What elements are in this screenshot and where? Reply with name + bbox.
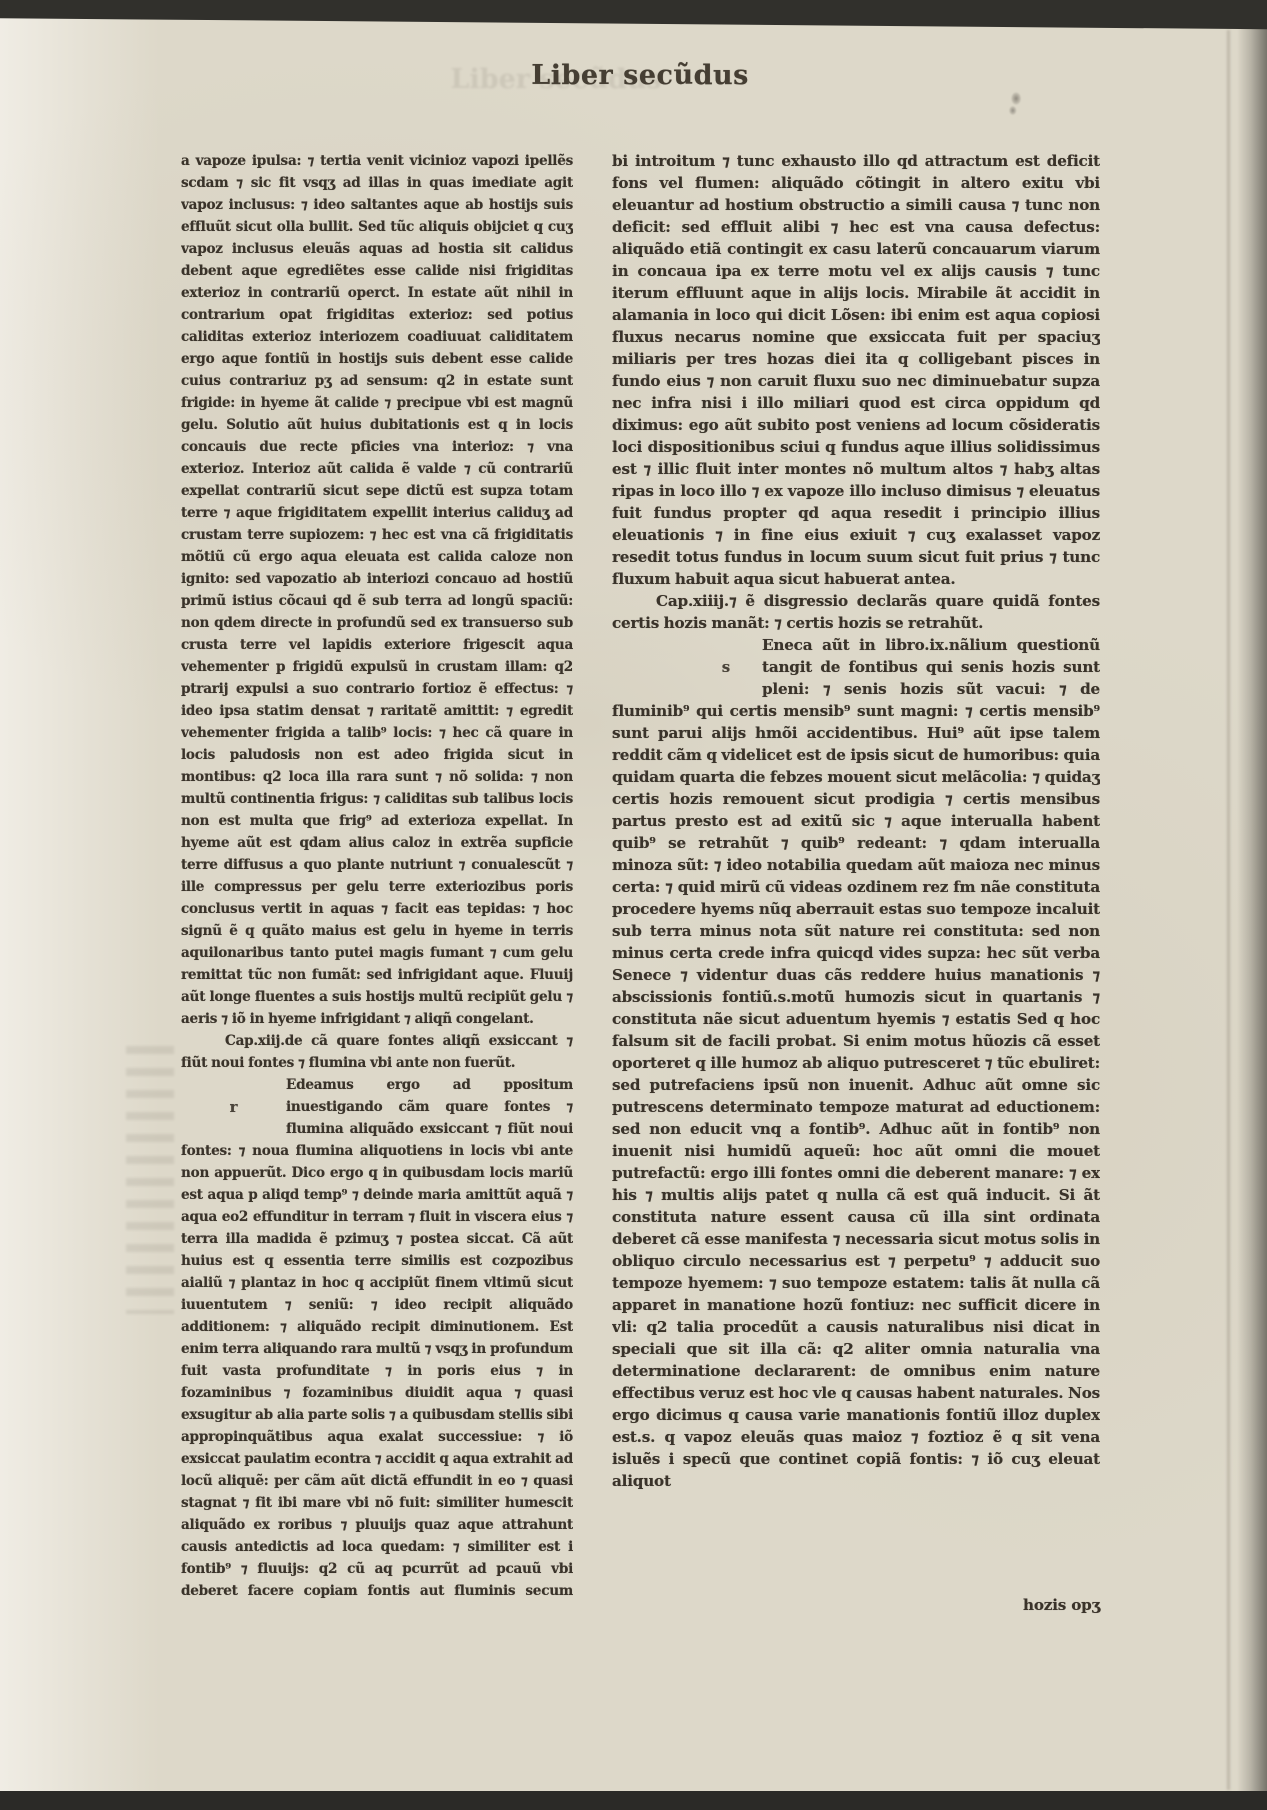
paragraph-initial: sEneca aũt in libro.ix.nãlium questionũ … [612, 634, 1100, 1492]
scanner-background-bottom [0, 1791, 1267, 1810]
initial-letter-space: r [181, 1074, 286, 1140]
running-title: Liber secũdus [180, 60, 1100, 91]
scanned-book-page: Liber secũdus Liber secũdus a vapoze ipu… [0, 0, 1267, 1810]
paper-crease [1226, 30, 1231, 1790]
paragraph-body: a vapoze ipulsa: ⁊ tertia venit vicinioz… [181, 150, 573, 1030]
page-edge-shadow [1237, 0, 1267, 1810]
scanner-background-top [0, 0, 1267, 30]
initial-letter-space: s [612, 634, 762, 700]
guide-letter: r [230, 1096, 238, 1118]
ink-smudge [1004, 88, 1026, 118]
paragraph-initial: rEdeamus ergo ad ppositum inuestigando c… [181, 1074, 573, 1602]
guide-letter: s [722, 656, 730, 678]
paragraph-chapter: Cap.xiij.de cã quare fontes aliqñ exsicc… [181, 1030, 573, 1074]
text-column-left: a vapoze ipulsa: ⁊ tertia venit vicinioz… [181, 150, 573, 1602]
paragraph-body: bi introitum ⁊ tunc exhausto illo qd att… [612, 150, 1100, 590]
text-column-right: bi introitum ⁊ tunc exhausto illo qd att… [612, 150, 1100, 1602]
paragraph-chapter: Cap.xiiij.⁊ ẽ disgressio declarãs quare … [612, 590, 1100, 634]
verso-show-through [126, 1046, 174, 1314]
catchword: hozis opʒ [612, 1596, 1100, 1614]
